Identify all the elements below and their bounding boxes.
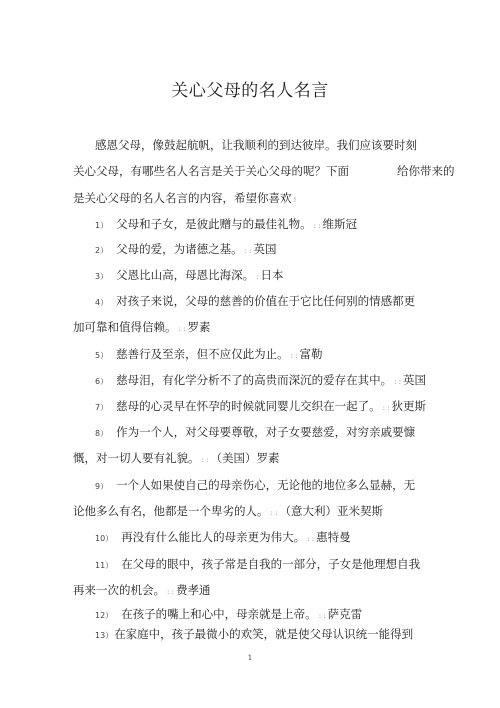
quote-text: 父恩比山高，母恩比海深。 (116, 268, 254, 282)
quote-text: 在父母的眼中，孩子常是自我的一部分，子女是他理想自我 (121, 557, 420, 571)
quote-author: 萨克雷 (328, 607, 363, 621)
quote-11: 11）在父母的眼中，孩子常是自我的一部分，子女是他理想自我 (95, 556, 420, 574)
quote-separator: : : (383, 404, 390, 412)
quote-text-continued: 再来一次的机会。 (73, 583, 165, 597)
quote-5: 5）慈善行及至亲，但不应仅此为止。: :富勒 (95, 346, 323, 364)
quote-number: 12） (95, 608, 113, 624)
quote-author: （美国）罗素 (210, 451, 279, 465)
quote-separator: : : (314, 222, 321, 230)
quote-10: 10）再没有什么能比人的母亲更为伟大。: :惠特曼 (95, 529, 351, 547)
quote-text: 在孩子的嘴上和心中，母亲就是上帝。 (121, 607, 317, 621)
quote-number: 9） (95, 479, 108, 495)
quote-number: 11） (95, 558, 113, 574)
quote-separator: : : (167, 588, 174, 596)
page-number: 1 (0, 654, 500, 662)
quote-number: 3） (95, 269, 108, 285)
quote-author: 罗素 (187, 320, 210, 334)
quote-8: 8）作为一个人，对父母要尊敬，对子女要慈爱，对穷亲戚要慷 (95, 424, 415, 442)
quote-text: 慈母泪，有化学分析不了的高贵而深沉的爱存在其中。 (116, 373, 392, 387)
quote-number: 10） (95, 531, 113, 547)
quote-number: 6） (95, 374, 108, 390)
quote-text: 在家庭中，孩子最微小的欢笑，就是使父母认识统一能得到 (114, 627, 413, 641)
quote-author: 富勒 (300, 347, 323, 361)
quote-author: 日本 (260, 268, 283, 282)
quote-6: 6）慈母泪，有化学分析不了的高贵而深沉的爱存在其中。: :英国 (95, 372, 426, 390)
quote-text: 慈善行及至亲，但不应仅此为止。 (116, 347, 289, 361)
quote-separator: : : (179, 325, 186, 333)
quote-separator: : : (319, 612, 326, 620)
quote-author: 惠特曼 (316, 530, 351, 544)
quote-author: 英国 (254, 242, 277, 256)
quote-9-continued: 论他多么有名，他都是一个卑劣的人。: :（意大利）亚米契斯 (73, 503, 383, 521)
quote-text: 慈母的心灵早在怀孕的时候就同婴儿交织在一起了。 (116, 399, 381, 413)
quote-separator: : : (245, 247, 252, 255)
quote-text: 一个人如果使自己的母亲伤心，无论他的地位多么显赫，无 (116, 478, 415, 492)
quote-number: 13） (95, 628, 113, 644)
intro-line-2b: 给你带来的 (397, 164, 455, 178)
quote-text-continued: 加可靠和值得信赖。 (73, 320, 177, 334)
quote-separator: : : (394, 378, 401, 386)
intro-line-2a: 关心父母，有哪些名人名言是关于关心父母的呢？下面 (73, 164, 349, 178)
quote-text: 父母和子女，是彼此赠与的最佳礼物。 (116, 217, 312, 231)
quote-8-continued: 慨，对一切人要有礼貌。: :（美国）罗素 (73, 450, 279, 468)
quote-author: 狄更斯 (392, 399, 427, 413)
quote-9: 9）一个人如果使自己的母亲伤心，无论他的地位多么显赫，无 (95, 477, 415, 495)
quote-separator: : : (271, 509, 278, 517)
quote-separator: : (256, 273, 258, 281)
quote-text: 再没有什么能比人的母亲更为伟大。 (121, 530, 305, 544)
quote-2: 2）父母的爱，为诸德之基。: :英国 (95, 241, 277, 259)
quote-13: 13）在家庭中，孩子最微小的欢笑，就是使父母认识统一能得到 (95, 626, 413, 644)
quote-number: 1） (95, 218, 108, 234)
quote-text: 对孩子来说，父母的慈善的价值在于它比任何别的情感都更 (116, 294, 415, 308)
quote-separator: : : (307, 535, 314, 543)
quote-3: 3）父恩比山高，母恩比海深。:日本 (95, 267, 283, 285)
document-page: 关心父母的名人名言 感恩父母，像鼓起航帆，让我顺利的到达彼岸。我们应该要时刻 关… (0, 0, 500, 708)
quote-text: 父母的爱，为诸德之基。 (116, 242, 243, 256)
quote-12: 12）在孩子的嘴上和心中，母亲就是上帝。: :萨克雷 (95, 606, 362, 624)
quote-7: 7）慈母的心灵早在怀孕的时候就同婴儿交织在一起了。: :狄更斯 (95, 398, 426, 416)
intro-line-3-tail: ! (294, 196, 297, 204)
quote-text: 作为一个人，对父母要尊敬，对子女要慈爱，对穷亲戚要慷 (116, 425, 415, 439)
intro-line-3-text: 是关心父母的名人名言的内容，希望你喜欢 (73, 191, 292, 205)
quote-11-continued: 再来一次的机会。: :费孝通 (73, 582, 210, 600)
document-title: 关心父母的名人名言 (0, 76, 500, 101)
intro-line-1: 感恩父母，像鼓起航帆，让我顺利的到达彼岸。我们应该要时刻 (95, 137, 417, 153)
quote-author: 费孝通 (176, 583, 211, 597)
quote-number: 4） (95, 295, 108, 311)
quote-text-continued: 论他多么有名，他都是一个卑劣的人。 (73, 504, 269, 518)
quote-author: （意大利）亚米契斯 (279, 504, 383, 518)
quote-number: 7） (95, 400, 108, 416)
quote-number: 8） (95, 426, 108, 442)
quote-4: 4）对孩子来说，父母的慈善的价值在于它比任何别的情感都更 (95, 293, 415, 311)
quote-1: 1）父母和子女，是彼此赠与的最佳礼物。: :维斯冠 (95, 216, 357, 234)
quote-4-continued: 加可靠和值得信赖。: :罗素 (73, 319, 210, 337)
quote-number: 2） (95, 243, 108, 259)
quote-separator: : : (202, 456, 209, 464)
quote-text-continued: 慨，对一切人要有礼貌。 (73, 451, 200, 465)
intro-line-3: 是关心父母的名人名言的内容，希望你喜欢! (73, 190, 298, 208)
quote-separator: : : (291, 352, 298, 360)
quote-author: 维斯冠 (323, 217, 358, 231)
quote-author: 英国 (403, 373, 426, 387)
intro-line-2: 关心父母，有哪些名人名言是关于关心父母的呢？下面给你带来的 (73, 163, 455, 179)
quote-number: 5） (95, 348, 108, 364)
